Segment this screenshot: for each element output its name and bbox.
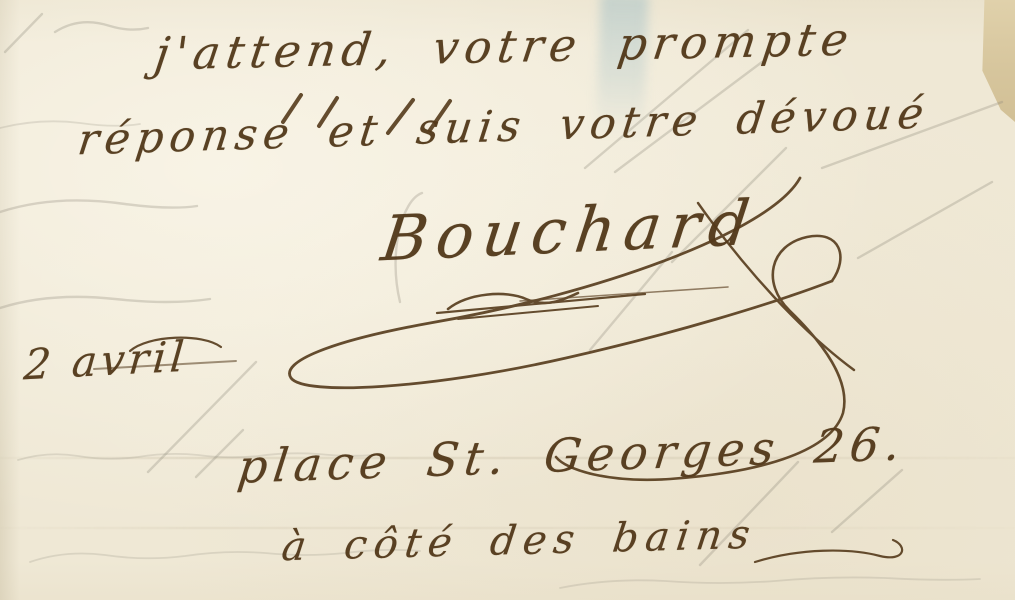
paper-edge-patch xyxy=(981,0,1015,122)
address-line-1: place St. Georges 26. xyxy=(235,416,909,494)
closing-line-2: réponse et suis votre dévoué xyxy=(75,89,932,166)
letter-page: j'attend, votre prompte réponse et suis … xyxy=(0,0,1015,600)
signature-name: Bouchard xyxy=(377,186,762,276)
address-line-2: à côté des bains xyxy=(279,512,759,571)
date-line: 2 avril xyxy=(22,332,190,390)
closing-line-1: j'attend, votre prompte xyxy=(151,13,857,81)
